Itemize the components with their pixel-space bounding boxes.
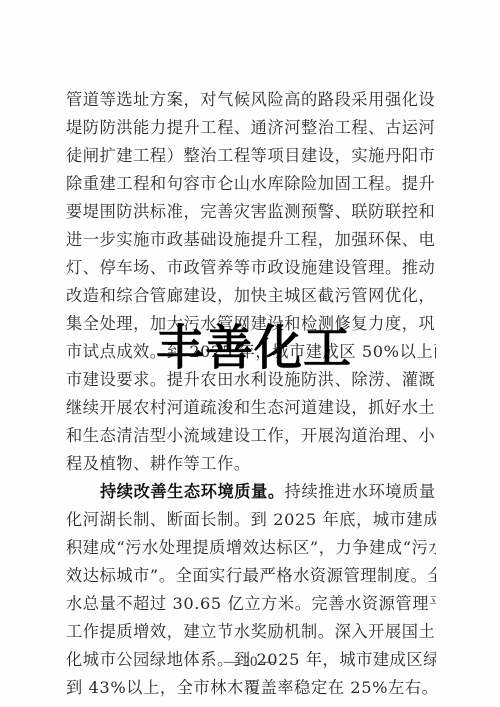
text-line: 化河湖长制、断面长制。到 2025 年底，城市建成区 80%以上面: [66, 506, 436, 534]
text-line: 到 43%以上，全市林木覆盖率稳定在 25%左右。加强长江沿岸: [66, 674, 436, 702]
watermark-logo: 丰善化工: [147, 322, 361, 374]
document-page: 管道等选址方案，对气候风险高的路段采用强化设计。推进长江 堤防防洪能力提升工程、…: [0, 0, 500, 707]
text-line: 进一步实施市政基础设施提升工程，加强环保、电力、道路、路: [66, 226, 436, 254]
text-line: 灯、停车场、市政管养等市政设施建设管理。推动城市地下管网: [66, 254, 436, 282]
paragraph-2-first-rest: 持续推进水环境质量提升，全面深: [285, 482, 436, 501]
text-line: 除重建工程和句容市仑山水库除险加固工程。提升重点城镇和重: [66, 170, 436, 198]
paragraph-2-heading: 持续改善生态环境质量。: [100, 482, 285, 501]
text-line: 改造和综合管廊建设，加快主城区截污管网优化，推动污水全收: [66, 282, 436, 310]
text-line: 工作提质增效，建立节水奖励机制。深入开展国土绿化行动，优: [66, 618, 436, 646]
text-line: 积建成“污水处理提质增效达标区”，力争建成“污水处理提质增: [66, 534, 436, 562]
text-line: 徒闸扩建工程）整治工程等项目建设，实施丹阳市太平港闸站拆: [66, 142, 436, 170]
text-line: 程及植物、耕作等工作。: [66, 450, 436, 478]
text-line: 继续开展农村河道疏浚和生态河道建设，抓好水土保持综合治理: [66, 394, 436, 422]
text-line: 效达标城市”。全面实行最严格水资源管理制度。全市 2025 年用: [66, 562, 436, 590]
text-line: 要堤围防洪标准，完善灾害监测预警、联防联控和应急调度系统。: [66, 198, 436, 226]
paragraph-2-first-line: 持续改善生态环境质量。持续推进水环境质量提升，全面深: [66, 478, 436, 506]
text-line: 管道等选址方案，对气候风险高的路段采用强化设计。推进长江: [66, 86, 436, 114]
page-number: — 20 —: [0, 654, 500, 671]
body-text: 管道等选址方案，对气候风险高的路段采用强化设计。推进长江 堤防防洪能力提升工程、…: [66, 86, 436, 702]
text-line: 堤防防洪能力提升工程、通济河整治工程、古运河中下段（含丹: [66, 114, 436, 142]
text-line: 和生态清洁型小流域建设工作，开展沟道治理、小型拦蓄引排工: [66, 422, 436, 450]
text-line: 水总量不超过 30.65 亿立方米。完善水资源管理平台，推进节水: [66, 590, 436, 618]
